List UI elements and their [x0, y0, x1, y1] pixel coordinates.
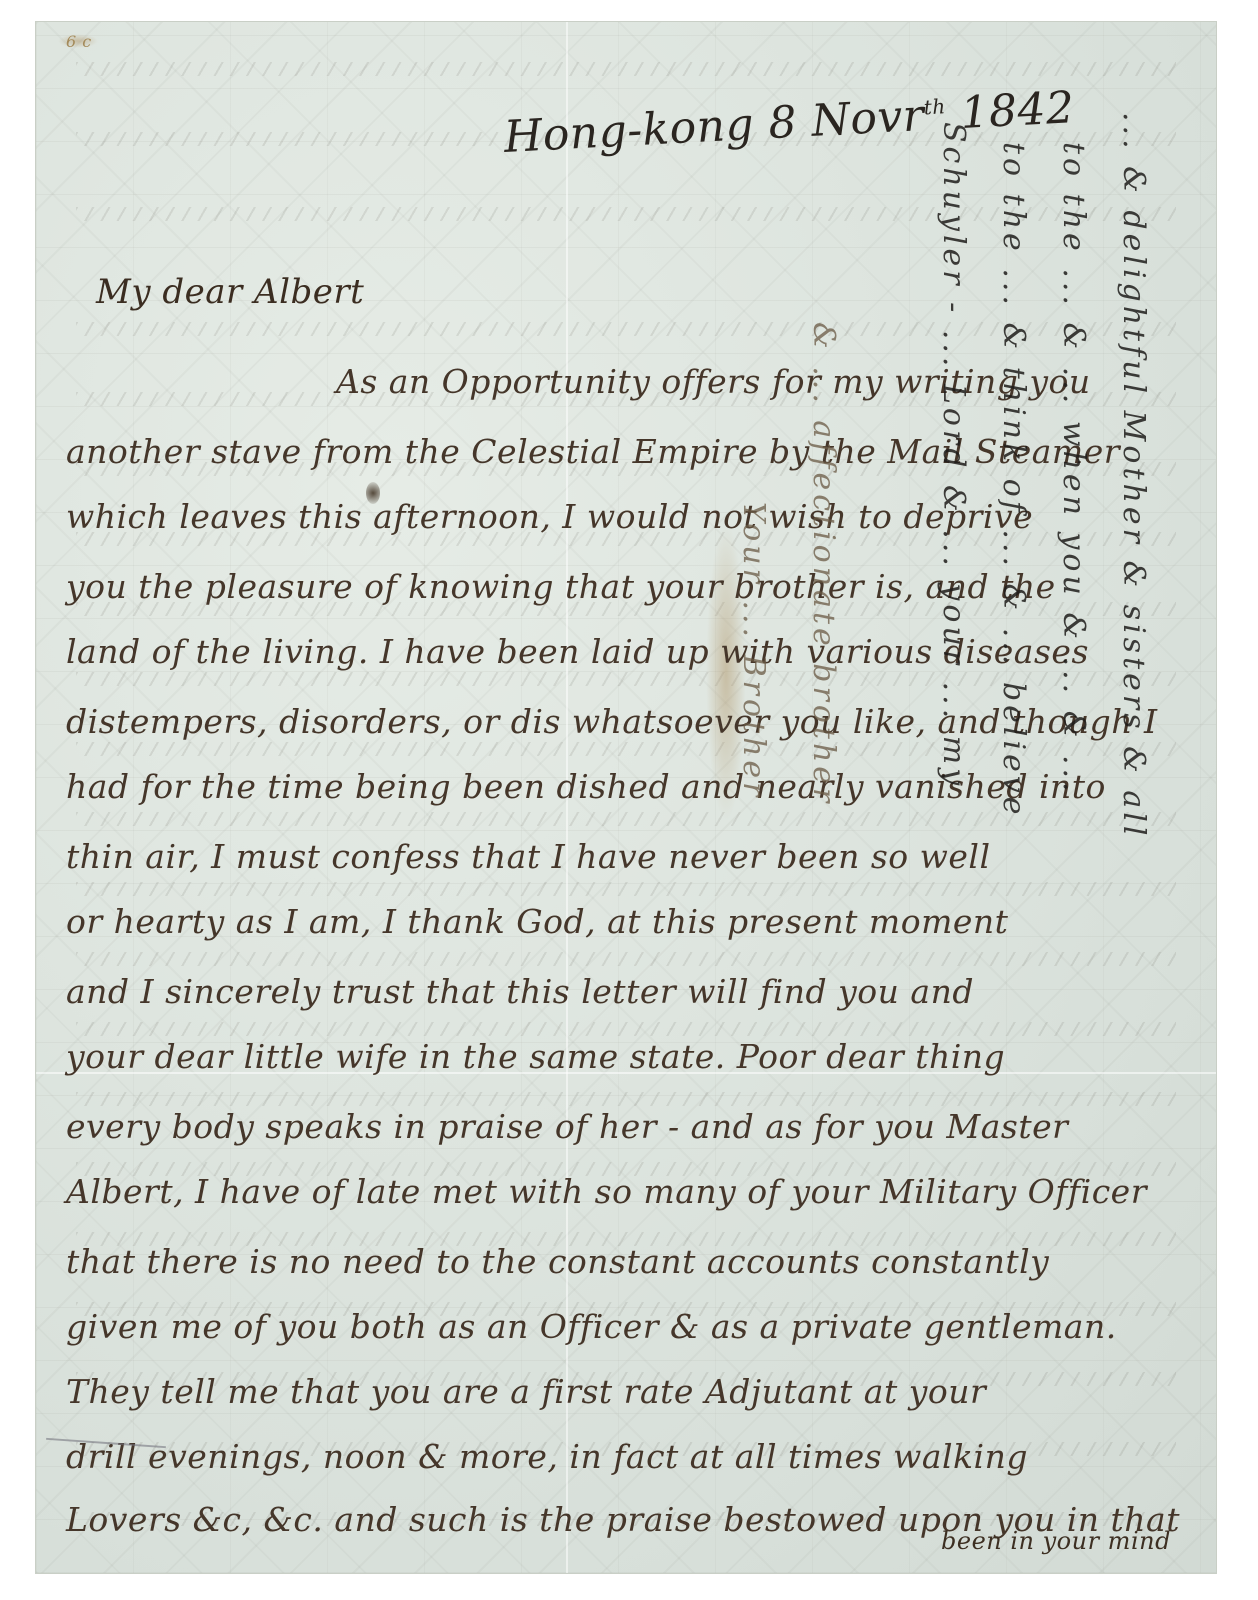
body-line: They tell me that you are a first rate A…: [66, 1372, 986, 1411]
letter-page: 6 c Hong-kong 8 Novrth 1842 My dear Albe…: [36, 22, 1216, 1573]
body-line: your dear little wife in the same state.…: [66, 1037, 1005, 1076]
cross-writing-column: Schuyler - ... Lord & ... your ... my: [936, 122, 971, 1522]
salutation: My dear Albert: [96, 272, 364, 312]
heading-date: 8 Novr: [767, 90, 925, 149]
body-line: thin air, I must confess that I have nev…: [66, 837, 991, 876]
heading-place: Hong-kong: [503, 99, 756, 163]
page-continuation-note: been in your mind: [941, 1527, 1171, 1555]
body-line: you the pleasure of knowing that your br…: [66, 567, 1056, 606]
body-line: or hearty as I am, I thank God, at this …: [66, 902, 1008, 941]
letter-heading: Hong-kong 8 Novrth 1842: [503, 82, 1076, 163]
body-line: every body speaks in praise of her - and…: [66, 1107, 1068, 1146]
body-line: that there is no need to the constant ac…: [66, 1242, 1049, 1281]
cross-writing-column: to the ... & ... when you & ... & ...: [1056, 142, 1091, 1522]
heading-year: 1842: [959, 82, 1075, 139]
body-line: which leaves this afternoon, I would not…: [66, 497, 1033, 536]
body-line: and I sincerely trust that this letter w…: [66, 972, 974, 1011]
heading-superscript: th: [923, 94, 946, 119]
body-line: drill evenings, noon & more, in fact at …: [66, 1437, 1028, 1476]
body-line: As an Opportunity offers for my writing …: [336, 362, 1091, 401]
body-line: distempers, disorders, or dis whatsoever…: [66, 702, 1158, 741]
cross-writing-column: Your ... Brother: [736, 502, 771, 1002]
cross-writing-column: ... & delightful Mother & sisters & all: [1116, 112, 1151, 1492]
margin-note: 6 c: [66, 32, 92, 51]
body-line: Albert, I have of late met with so many …: [66, 1172, 1147, 1211]
cross-writing-column: to the ... & think of ... & ... believe: [996, 142, 1031, 1522]
cross-writing-column: & ... affectionate brother: [806, 322, 841, 922]
